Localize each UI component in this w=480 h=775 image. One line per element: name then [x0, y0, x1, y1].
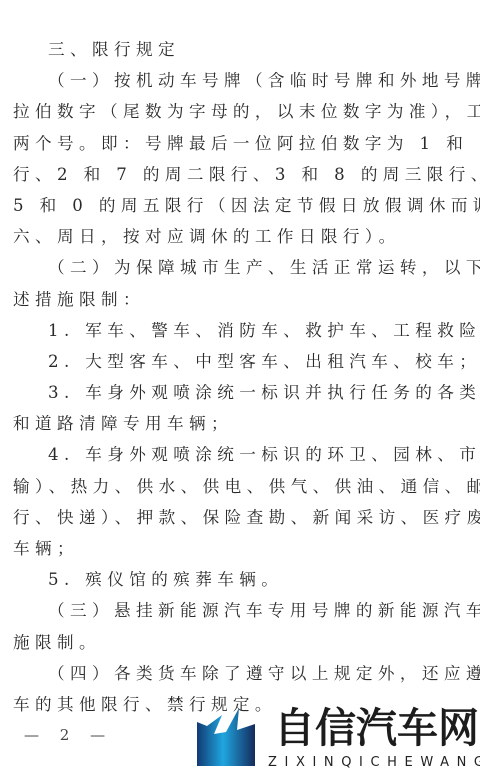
text-line: 输）、热力、供水、供电、供气、供油、通信、邮政（含报刊发 — [13, 471, 469, 502]
document-page: 三、限行规定 （一）按机动车号牌（含临时号牌和外地号牌）最后一位阿 拉伯数字（尾… — [13, 34, 469, 720]
text-line: 施限制。 — [13, 627, 469, 658]
text-line: 3. 车身外观喷涂统一标识并执行任务的各类行政执法车辆 — [13, 377, 469, 408]
watermark-logo: 自信汽车网 ZIXINQICHEWANG — [195, 704, 480, 775]
text-line: 和道路清障专用车辆； — [13, 408, 469, 439]
text-line: 述措施限制： — [13, 284, 469, 315]
text-line: 4. 车身外观喷涂统一标识的环卫、园林、市政（含污泥运 — [13, 439, 469, 470]
text-line: （一）按机动车号牌（含临时号牌和外地号牌）最后一位阿 — [13, 65, 469, 96]
paragraph-new-energy: （三）悬挂新能源汽车专用号牌的新能源汽车，不受上述措 施限制。 — [13, 595, 469, 657]
text-line: 两个号。即：号牌最后一位阿拉伯数字为 1 和 6 的机动车周一限 — [13, 128, 469, 159]
exemption-item-3: 3. 车身外观喷涂统一标识并执行任务的各类行政执法车辆 和道路清障专用车辆； — [13, 377, 469, 439]
paragraph-exemptions-intro: （二）为保障城市生产、生活正常运转，以下机动车不受上 述措施限制： — [13, 252, 469, 314]
exemption-item-2: 2. 大型客车、中型客车、出租汽车、校车； — [13, 346, 469, 377]
exemption-item-1: 1. 军车、警车、消防车、救护车、工程救险车； — [13, 315, 469, 346]
watermark-name-pinyin: ZIXINQICHEWANG — [268, 755, 480, 770]
exemption-list: 1. 军车、警车、消防车、救护车、工程救险车； 2. 大型客车、中型客车、出租汽… — [13, 315, 469, 596]
watermark-name-cn: 自信汽车网 — [274, 706, 479, 750]
text-line: 行、2 和 7 的周二限行、3 和 8 的周三限行、4 和 9 的周四限行、 — [13, 159, 469, 190]
text-line: （四）各类货车除了遵守以上规定外，还应遵守郑州市对货 — [13, 658, 469, 689]
text-line: 车辆； — [13, 533, 469, 564]
zixin-logo-icon — [195, 704, 260, 769]
paragraph-plate-rule: （一）按机动车号牌（含临时号牌和外地号牌）最后一位阿 拉伯数字（尾数为字母的，以… — [13, 65, 469, 252]
text-line: 5 和 0 的周五限行（因法定节假日放假调休而调整为上班的周 — [13, 190, 469, 221]
text-line: （三）悬挂新能源汽车专用号牌的新能源汽车，不受上述措 — [13, 595, 469, 626]
section-heading: 三、限行规定 — [13, 34, 469, 65]
text-line: 行、快递）、押款、保险查勘、新闻采访、医疗废物转运等专用 — [13, 502, 469, 533]
exemption-item-5: 5. 殡仪馆的殡葬车辆。 — [13, 564, 469, 595]
text-line: 六、周日，按对应调休的工作日限行）。 — [13, 221, 469, 252]
page-number: — 2 — — [24, 726, 113, 744]
text-line: （二）为保障城市生产、生活正常运转，以下机动车不受上 — [13, 252, 469, 283]
text-line: 拉伯数字（尾数为字母的，以末位数字为准），工作日每天限行 — [13, 96, 469, 127]
exemption-item-4: 4. 车身外观喷涂统一标识的环卫、园林、市政（含污泥运 输）、热力、供水、供电、… — [13, 439, 469, 564]
